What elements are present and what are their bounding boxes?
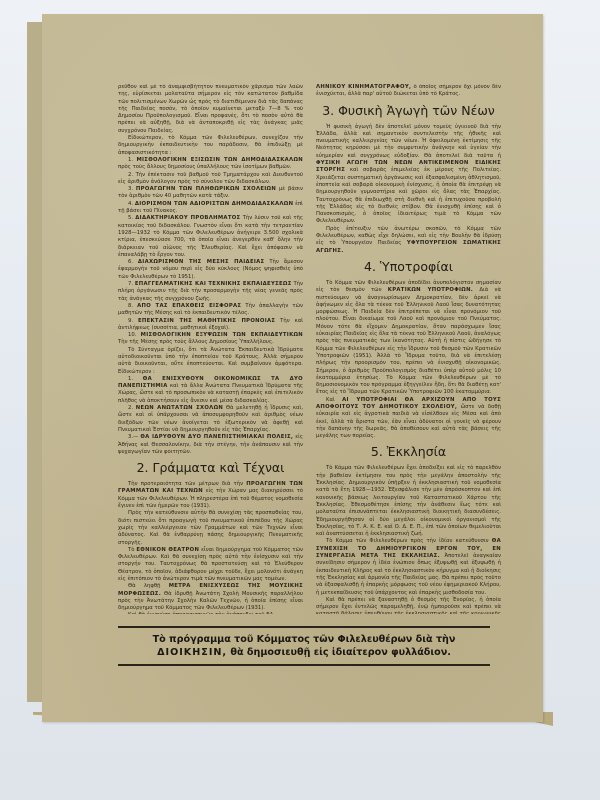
numbered-item: 2. Τὴν ἐπέκτασιν τοῦ βαθμοῦ τοῦ Τμηματάρ…	[118, 172, 303, 187]
emphasized-caps: ΘΑ ΙΔΡΥΘΟΥΝ ΔΥΟ ΠΑΝΕΠΙΣΤΗΜΙΑΚΑΙ ΠΟΛΕΙΣ,	[140, 434, 293, 440]
paragraph: Καὶ θὰ πρέπει νὰ ξαναστηθῇ ὁ θεσμὸς τῆς …	[316, 597, 501, 614]
emphasized-caps: ΘΑ ΕΝΙΣΧΥΘΟΥΝ ΟΙΚΟΝΟΜΙΚΩΣ ΤΑ ΔΥΟ ΠΑΝΕΠΙΣ…	[118, 376, 303, 389]
paragraph: Τὸ Σύνταγμα ὁρίζει, ὅτι τὰ Ἀνώτατα Ἐκπαι…	[118, 347, 303, 376]
emphasized-caps: ΕΠΑΓΓΕΛΜΑΤΙΚΗΣ ΚΑΙ ΤΕΧΝΙΚΗΣ ΕΚΠΑΙΔΕΥΣΕΩΣ	[135, 281, 292, 287]
emphasized-caps: ΑΠΟ ΤΑΣ ΕΠΑΧΘΕΙΣ ΕΙΣΦΟΡΑΣ	[137, 303, 241, 309]
announcement-rest: θὰ δημοσιευθῇ εἰς ἰδιαίτερον φυλλάδιον.	[230, 647, 451, 658]
paragraph: Τὸ Κόμμα τῶν Φιλελευθέρων ἀποδίδει ἀνυπο…	[316, 280, 501, 397]
paragraph: Τὸ ΕΘΝΙΚΟΝ ΘΕΑΤΡΟΝ εἶναι δημιούργημα τοῦ…	[118, 547, 303, 583]
paragraph: Ἡ φυσικὴ ἀγωγὴ δὲν ἀποτελεῖ μόνον τομεὺς…	[316, 124, 501, 226]
numbered-item: 9. ΕΠΕΚΤΑΣΙΝ ΤΗΣ ΜΑΘΗΤΙΚΗΣ ΠΡΟΝΟΙΑΣ Τὴν …	[118, 318, 303, 333]
section-heading-church: 5. Ἐκκλησία	[316, 445, 501, 459]
emphasized-caps: ΚΡΑΤΙΚΩΝ ΥΠΟΤΡΟΦΙΩΝ.	[388, 287, 473, 293]
paragraph: Τὸ Κόμμα τῶν Φιλελευθέρων ἔχει ἀποδείξει…	[316, 465, 501, 538]
emphasized-caps: ΦΥΣΙΚΗ ΑΓΩΓΗ ΤΩΝ ΝΕΩΝ ΑΝΤΙΚΕΙΜΕΝΟΝ ΕΙΔΙΚ…	[316, 160, 501, 173]
emphasized-caps: ΥΦΥΠΟΥΡΓΕΙΟΝ ΣΩΜΑΤΙΚΗΣ ΑΓΩΓΗΣ.	[316, 240, 501, 253]
emphasized-caps: ΠΡΟΑΓΩΓΗΝ ΤΩΝ ΠΛΗΘΩΡΙΚΩΝ ΣΧΟΛΕΙΩΝ	[136, 186, 276, 192]
emphasized-caps: ΜΙΣΘΟΛΟΓΙΚΗΝ ΕΞΙΣΩΣΙΝ ΤΩΝ ΔΗΜΟΔΙΔΑΣΚΑΛΩΝ	[136, 157, 303, 163]
numbered-item: 1. ΘΑ ΕΝΙΣΧΥΘΟΥΝ ΟΙΚΟΝΟΜΙΚΩΣ ΤΑ ΔΥΟ ΠΑΝΕ…	[118, 376, 303, 405]
paragraph: Τὴν προτεραιότητα τῶν μέτρων διὰ τὴν ΠΡΟ…	[118, 481, 303, 510]
emphasized-caps: ΕΘΝΙΚΟΝ ΘΕΑΤΡΟΝ	[136, 547, 199, 553]
numbered-item: 10. ΜΙΣΘΟΛΟΓΙΚΗΝ ΕΞΥΨΩΣΙΝ ΤΩΝ ΕΚΠΑΙΔΕΥΤΙ…	[118, 332, 303, 347]
paragraph: Καὶ θὰ ἐνισχύσῃ ἀποφασιστικῶς τὴν ἀνάπτυ…	[118, 612, 303, 614]
emphasized-caps: ΘΑ ΣΥΝΕΧΙΣΗ ΤΟ ΔΗΜΙΟΥΡΓΙΚΟΝ ΕΡΓΟΝ ΤΟΥ, Ε…	[316, 538, 501, 559]
paragraph: ΛΗΝΙΚΟΥ ΚΙΝΗΜΑΤΟΓΡΑΦΟΥ, ὁ ὁποῖος σήμερον…	[316, 84, 501, 99]
paragraph: Εἰδικώτερον, τὸ Κόμμα τῶν Φιλελευθέρων, …	[118, 135, 303, 157]
right-column: ΛΗΝΙΚΟΥ ΚΙΝΗΜΑΤΟΓΡΑΦΟΥ, ὁ ὁποῖος σήμερον…	[316, 84, 501, 614]
announcement-box: Τὸ πρόγραμμα τοῦ Κόμματος τῶν Φιλελευθέρ…	[118, 626, 490, 666]
paragraph: Πρὸς ἐπίτευξιν τῶν ἀνωτέρω σκοπῶν, τὸ Κό…	[316, 226, 501, 255]
paragraph: Τὸ Κόμμα τῶν Φιλελευθέρων πρὸς τὴν ἰδίαν…	[316, 538, 501, 596]
emphasized-caps: ΔΙΑΧΩΡΙΣΜΟΝ ΤΗΣ ΜΕΣΗΣ ΠΑΙΔΕΙΑΣ	[138, 259, 265, 265]
numbered-item: 5. ΔΙΔΑΚΤΗΡΙΑΚΟΥ ΠΡΟΒΛΗΜΑΤΟΣ Τὴν λύσιν τ…	[118, 215, 303, 259]
numbered-item: 1. ΜΙΣΘΟΛΟΓΙΚΗΝ ΕΞΙΣΩΣΙΝ ΤΩΝ ΔΗΜΟΔΙΔΑΣΚΑ…	[118, 157, 303, 172]
emphasized-caps: ΛΗΝΙΚΟΥ ΚΙΝΗΜΑΤΟΓΡΑΦΟΥ,	[316, 84, 411, 90]
paragraph: ρεῦθον καὶ μὲ τὸ ἀναμφισβήτητον πνευματι…	[118, 84, 303, 135]
section-heading-scholarships: 4. Ὑποτροφίαι	[316, 260, 501, 274]
emphasized-caps: ΜΙΣΘΟΛΟΓΙΚΗΝ ΕΞΥΨΩΣΙΝ ΤΩΝ ΕΚΠΑΙΔΕΥΤΙΚΩΝ	[141, 332, 303, 338]
numbered-item: 2. ΝΕΩΝ ΑΝΩΤΑΤΩΝ ΣΧΟΛΩΝ Θὰ μελετηθῇ ἡ ἵδ…	[118, 405, 303, 434]
emphasized-caps: ΠΡΟΑΓΩΓΗΝ ΤΩΝ ΓΡΑΜΜΑΤΩΝ ΚΑΙ ΤΕΧΝΩΝ	[118, 481, 303, 494]
numbered-item: 7. ΕΠΑΓΓΕΛΜΑΤΙΚΗΣ ΚΑΙ ΤΕΧΝΙΚΗΣ ΕΚΠΑΙΔΕΥΣ…	[118, 281, 303, 303]
emphasized-caps: ΑΙ ΥΠΟΤΡΟΦΙΑΙ ΘΑ ΑΡΧΙΖΟΥΝ ΑΠΟ ΤΟΥΣ ΑΠΟΦΟ…	[316, 397, 501, 410]
numbered-item: 6. ΔΙΑΧΩΡΙΣΜΟΝ ΤΗΣ ΜΕΣΗΣ ΠΑΙΔΕΙΑΣ Τὴν ἄμ…	[118, 259, 303, 281]
section-heading-letters-arts: 2. Γράμματα καὶ Τέχναι	[118, 461, 303, 475]
paragraph: Καὶ ΑΙ ΥΠΟΤΡΟΦΙΑΙ ΘΑ ΑΡΧΙΖΟΥΝ ΑΠΟ ΤΟΥΣ Α…	[316, 397, 501, 441]
announcement-accent: ΔΙΟΙΚΗΣΙΝ,	[157, 647, 227, 658]
numbered-item: 3. ΠΡΟΑΓΩΓΗΝ ΤΩΝ ΠΛΗΘΩΡΙΚΩΝ ΣΧΟΛΕΙΩΝ μὲ …	[118, 186, 303, 201]
left-column: ρεῦθον καὶ μὲ τὸ ἀναμφισβήτητον πνευματι…	[118, 84, 303, 614]
numbered-item: 4. ΔΙΟΡΙΣΜΟΝ ΤΩΝ ΑΔΙΟΡΙΣΤΩΝ ΔΗΜΟΔΙΔΑΣΚΑΛ…	[118, 201, 303, 216]
emphasized-caps: ΔΙΔΑΚΤΗΡΙΑΚΟΥ ΠΡΟΒΛΗΜΑΤΟΣ	[135, 215, 240, 221]
paragraph: Πρὸς τὴν κατεύθυνσιν αὐτὴν θὰ συνεχίσῃ τ…	[118, 510, 303, 546]
announcement-line-2: ΔΙΟΙΚΗΣΙΝ, θὰ δημοσιευθῇ εἰς ἰδιαίτερον …	[124, 646, 484, 659]
paragraph: Θὰ ληφθῇ ΜΕΤΡΑ ΕΝΙΣΧΥΣΕΩΣ ΤΗΣ ΜΟΥΣΙΚΗΣ Μ…	[118, 583, 303, 612]
emphasized-caps: ΕΠΕΚΤΑΣΙΝ ΤΗΣ ΜΑΘΗΤΙΚΗΣ ΠΡΟΝΟΙΑΣ	[138, 318, 275, 324]
numbered-item: 8. ΑΠΟ ΤΑΣ ΕΠΑΧΘΕΙΣ ΕΙΣΦΟΡΑΣ Τὴν ἀπαλλαγ…	[118, 303, 303, 318]
section-heading-physical-education: 3. Φυσικὴ Ἀγωγὴ τῶν Νέων	[316, 104, 501, 118]
emphasized-caps: ΝΕΩΝ ΑΝΩΤΑΤΩΝ ΣΧΟΛΩΝ	[136, 405, 223, 411]
emphasized-caps: ΜΕΤΡΑ ΕΝΙΣΧΥΣΕΩΣ ΤΗΣ ΜΟΥΣΙΚΗΣ ΜΟΡΦΩΣΕΩΣ.	[118, 583, 303, 596]
numbered-item: 3.— ΘΑ ΙΔΡΥΘΟΥΝ ΔΥΟ ΠΑΝΕΠΙΣΤΗΜΙΑΚΑΙ ΠΟΛΕ…	[118, 434, 303, 456]
announcement-line-1: Τὸ πρόγραμμα τοῦ Κόμματος τῶν Φιλελευθέρ…	[124, 633, 484, 646]
emphasized-caps: ΔΙΟΡΙΣΜΟΝ ΤΩΝ ΑΔΙΟΡΙΣΤΩΝ ΔΗΜΟΔΙΔΑΣΚΑΛΩΝ	[135, 201, 293, 207]
